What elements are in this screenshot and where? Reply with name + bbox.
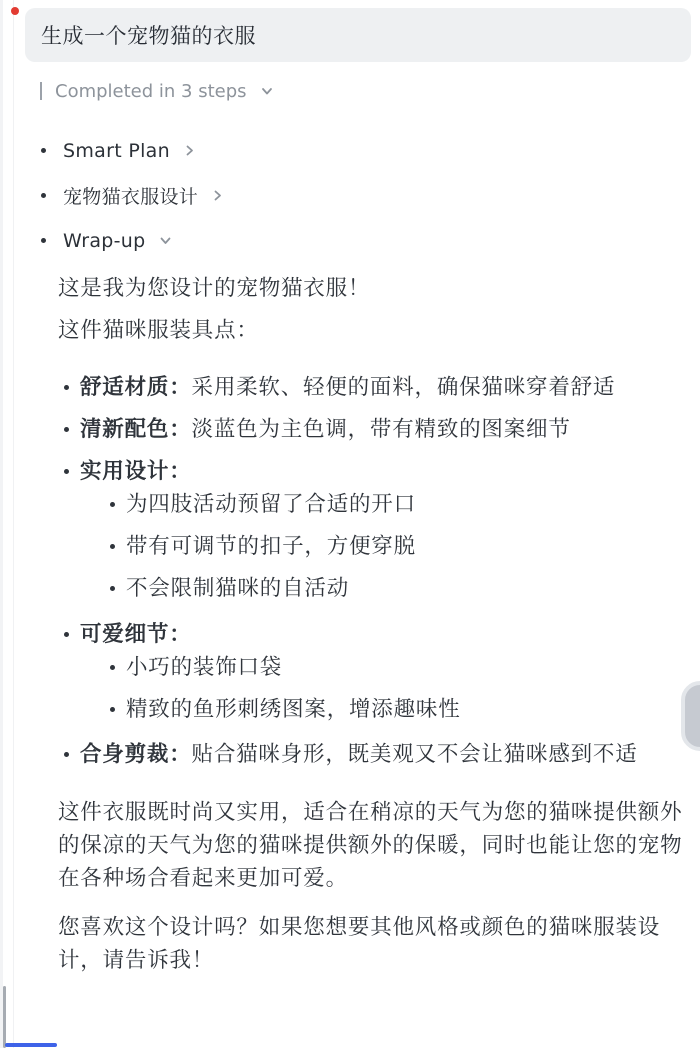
- features-list: 舒适材质：采用柔软、轻便的面料，确保猫咪穿着舒适 清新配色：淡蓝色为主色调，带有…: [58, 371, 685, 771]
- feature-item: 清新配色：淡蓝色为主色调，带有精致的图案细节: [58, 413, 685, 446]
- red-dot-indicator: [11, 7, 19, 15]
- feature-item: 舒适材质：采用柔软、轻便的面料，确保猫咪穿着舒适: [58, 371, 685, 404]
- feature-subitem: 小巧的装饰口袋: [80, 651, 685, 684]
- assistant-message: 这是我为您设计的宠物猫衣服！ 这件猫咪服装具点： 舒适材质：采用柔软、轻便的面料…: [58, 272, 685, 977]
- bullet-dot: [64, 469, 69, 474]
- bullet-dot: [110, 707, 115, 712]
- feature-item: 合身剪裁：贴合猫咪身形，既美观又不会让猫咪感到不适: [58, 738, 685, 771]
- chevron-down-icon: [159, 234, 172, 247]
- status-divider-bar: [40, 82, 42, 100]
- intro-paragraph: 这是我为您设计的宠物猫衣服！: [58, 272, 685, 305]
- chevron-right-icon: [183, 144, 196, 157]
- status-row[interactable]: Completed in 3 steps: [40, 79, 274, 103]
- feature-subtext: 小巧的装饰口袋: [126, 655, 282, 680]
- feature-subitem: 带有可调节的扣子，方便穿脱: [80, 530, 685, 563]
- feature-item: 可爱细节： 小巧的装饰口袋 精致的鱼形刺绣图案，增添趣味性: [58, 618, 685, 726]
- chevron-down-icon: [260, 84, 274, 98]
- content-left-hairline: [13, 0, 14, 1048]
- bullet-dot: [41, 193, 46, 198]
- feature-text: 贴合猫咪身形，既美观又不会让猫咪感到不适: [192, 742, 638, 767]
- bullet-dot: [41, 238, 46, 243]
- chevron-right-icon: [211, 189, 224, 202]
- bullet-dot: [110, 502, 115, 507]
- feature-label: 舒适材质：: [80, 375, 192, 400]
- bullet-dot: [110, 586, 115, 591]
- bullet-dot: [110, 544, 115, 549]
- question-paragraph: 您喜欢这个设计吗？如果您想要其他风格或颜色的猫咪服装设计，请告诉我！: [58, 911, 685, 977]
- bullet-dot: [64, 427, 69, 432]
- page-left-border: [0, 0, 3, 1048]
- step-label: Smart Plan: [63, 140, 170, 162]
- feature-sublist: 为四肢活动预留了合适的开口 带有可调节的扣子，方便穿脱 不会限制猫咪的自活动: [80, 488, 685, 605]
- left-scrollbar-thumb[interactable]: [3, 986, 6, 1048]
- feature-text: 淡蓝色为主色调，带有精致的图案细节: [192, 417, 571, 442]
- feature-label: 合身剪裁：: [80, 742, 192, 767]
- feature-subitem: 为四肢活动预留了合适的开口: [80, 488, 685, 521]
- step-smart-plan[interactable]: Smart Plan: [41, 128, 224, 173]
- feature-subtext: 带有可调节的扣子，方便穿脱: [126, 534, 416, 559]
- feature-text: 采用柔软、轻便的面料，确保猫咪穿着舒适: [192, 375, 616, 400]
- step-label: 宠物猫衣服设计: [63, 182, 198, 209]
- bullet-dot: [41, 148, 46, 153]
- feature-item: 实用设计： 为四肢活动预留了合适的开口 带有可调节的扣子，方便穿脱 不会限制猫咪…: [58, 455, 685, 605]
- step-design[interactable]: 宠物猫衣服设计: [41, 173, 224, 218]
- task-title-card: 生成一个宠物猫的衣服: [25, 8, 691, 62]
- feature-subitem: 不会限制猫咪的自活动: [80, 572, 685, 605]
- feature-label: 实用设计：: [80, 459, 192, 484]
- feature-label: 清新配色：: [80, 417, 192, 442]
- status-label: Completed in 3 steps: [55, 81, 247, 102]
- task-title: 生成一个宠物猫的衣服: [41, 20, 256, 50]
- feature-subtext: 不会限制猫咪的自活动: [126, 576, 349, 601]
- bullet-dot: [64, 385, 69, 390]
- feature-subtext: 精致的鱼形刺绣图案，增添趣味性: [126, 697, 461, 722]
- feature-sublist: 小巧的装饰口袋 精致的鱼形刺绣图案，增添趣味性: [80, 651, 685, 726]
- feature-subtext: 为四肢活动预留了合适的开口: [126, 492, 416, 517]
- bullet-dot: [110, 665, 115, 670]
- features-heading: 这件猫咪服装具点：: [58, 314, 685, 347]
- feature-subitem: 精致的鱼形刺绣图案，增添趣味性: [80, 693, 685, 726]
- blue-line-indicator: [5, 1043, 57, 1047]
- task-page: { "header": { "task_title": "生成一个宠物猫的衣服"…: [0, 0, 700, 1048]
- step-label: Wrap-up: [63, 230, 146, 252]
- step-wrap-up[interactable]: Wrap-up: [41, 218, 224, 263]
- feature-label: 可爱细节：: [80, 622, 192, 647]
- bullet-dot: [64, 632, 69, 637]
- bullet-dot: [64, 752, 69, 757]
- closing-paragraph: 这件衣服既时尚又实用，适合在稍凉的天气为您的猫咪提供额外的保凉的天气为您的猫咪提…: [58, 796, 685, 895]
- steps-list: Smart Plan 宠物猫衣服设计 Wrap-up: [41, 128, 224, 263]
